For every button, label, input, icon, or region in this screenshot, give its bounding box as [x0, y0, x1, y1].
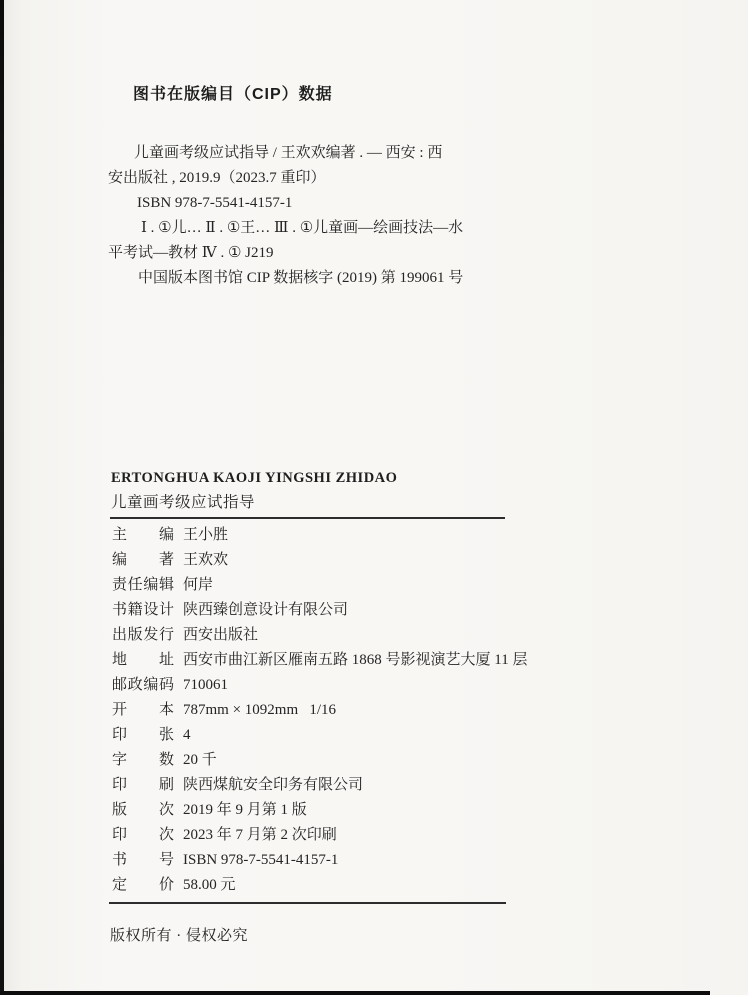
row-value: 787mm × 1092mm 1/16 — [183, 702, 336, 719]
row-label: 印张 — [112, 723, 174, 744]
row-label: 字数 — [112, 748, 174, 769]
row-value: 710061 — [183, 677, 228, 694]
cip-line: Ⅰ . ①儿… Ⅱ . ①王… Ⅲ . ①儿童画—绘画技法—水 — [108, 216, 528, 241]
row-label: 开本 — [112, 698, 174, 719]
cip-line: 中国版本图书馆 CIP 数据核字 (2019) 第 199061 号 — [108, 266, 528, 291]
divider-line-top — [110, 517, 505, 519]
row-label: 编著 — [112, 548, 174, 569]
row-value: 王小胜 — [183, 523, 228, 544]
cip-line: 平考试—教材 Ⅳ . ① J219 — [108, 241, 528, 266]
book-title-pinyin: ERTONGHUA KAOJI YINGSHI ZHIDAO — [111, 470, 397, 487]
colophon-row: 定价 58.00 元 — [112, 873, 527, 898]
row-value: 何岸 — [183, 573, 213, 594]
scan-edge-bottom — [0, 991, 710, 995]
colophon-row: 编著 王欢欢 — [112, 548, 527, 573]
row-label: 印刷 — [112, 773, 174, 794]
colophon-row: 印刷 陕西煤航安全印务有限公司 — [112, 773, 527, 798]
colophon-row: 字数 20 千 — [112, 748, 527, 773]
row-value: ISBN 978-7-5541-4157-1 — [183, 852, 338, 869]
book-title-cn: 儿童画考级应试指导 — [111, 490, 255, 512]
row-label: 责任编辑 — [112, 573, 174, 594]
row-label: 印次 — [112, 823, 174, 844]
row-value: 20 千 — [183, 748, 217, 769]
row-label: 定价 — [112, 873, 174, 894]
row-label: 书号 — [112, 848, 174, 869]
cip-data-block: 儿童画考级应试指导 / 王欢欢编著 . — 西安 : 西 安出版社 , 2019… — [108, 141, 528, 291]
colophon-row: 书籍设计 陕西臻创意设计有限公司 — [112, 598, 527, 623]
row-label: 地址 — [112, 648, 174, 669]
colophon-row: 版次 2019 年 9 月第 1 版 — [112, 798, 527, 823]
copyright-notice: 版权所有 · 侵权必究 — [110, 924, 248, 945]
row-label: 邮政编码 — [112, 673, 174, 694]
colophon-row: 主编 王小胜 — [112, 523, 527, 548]
colophon-row: 责任编辑 何岸 — [112, 573, 527, 598]
row-value: 58.00 元 — [183, 873, 236, 894]
row-value: 陕西臻创意设计有限公司 — [183, 598, 348, 619]
colophon-row: 印次 2023 年 7 月第 2 次印刷 — [112, 823, 527, 848]
cip-line: 安出版社 , 2019.9（2023.7 重印） — [108, 166, 528, 191]
row-value: 陕西煤航安全印务有限公司 — [183, 773, 363, 794]
row-value: 西安市曲江新区雁南五路 1868 号影视演艺大厦 11 层 — [183, 648, 527, 669]
colophon-row: 出版发行 西安出版社 — [112, 623, 527, 648]
cip-line: 儿童画考级应试指导 / 王欢欢编著 . — 西安 : 西 — [108, 141, 528, 166]
scan-edge-left — [0, 0, 4, 995]
colophon-row: 地址 西安市曲江新区雁南五路 1868 号影视演艺大厦 11 层 — [112, 648, 527, 673]
cip-line: ISBN 978-7-5541-4157-1 — [108, 191, 528, 216]
colophon-table: 主编 王小胜 编著 王欢欢 责任编辑 何岸 书籍设计 陕西臻创意设计有限公司 出… — [112, 523, 527, 898]
row-label: 版次 — [112, 798, 174, 819]
divider-line-bottom — [109, 902, 506, 904]
colophon-row: 开本 787mm × 1092mm 1/16 — [112, 698, 527, 723]
copyright-page: 图书在版编目（CIP）数据 儿童画考级应试指导 / 王欢欢编著 . — 西安 :… — [0, 0, 748, 995]
row-label: 出版发行 — [112, 623, 174, 644]
row-value: 2019 年 9 月第 1 版 — [183, 798, 307, 819]
row-value: 西安出版社 — [183, 623, 258, 644]
row-label: 书籍设计 — [112, 598, 174, 619]
cip-heading: 图书在版编目（CIP）数据 — [133, 81, 333, 104]
colophon-row: 书号 ISBN 978-7-5541-4157-1 — [112, 848, 527, 873]
colophon-row: 邮政编码 710061 — [112, 673, 527, 698]
row-value: 4 — [183, 727, 191, 744]
row-value: 王欢欢 — [183, 548, 228, 569]
colophon-row: 印张 4 — [112, 723, 527, 748]
row-value: 2023 年 7 月第 2 次印刷 — [183, 823, 337, 844]
row-label: 主编 — [112, 523, 174, 544]
